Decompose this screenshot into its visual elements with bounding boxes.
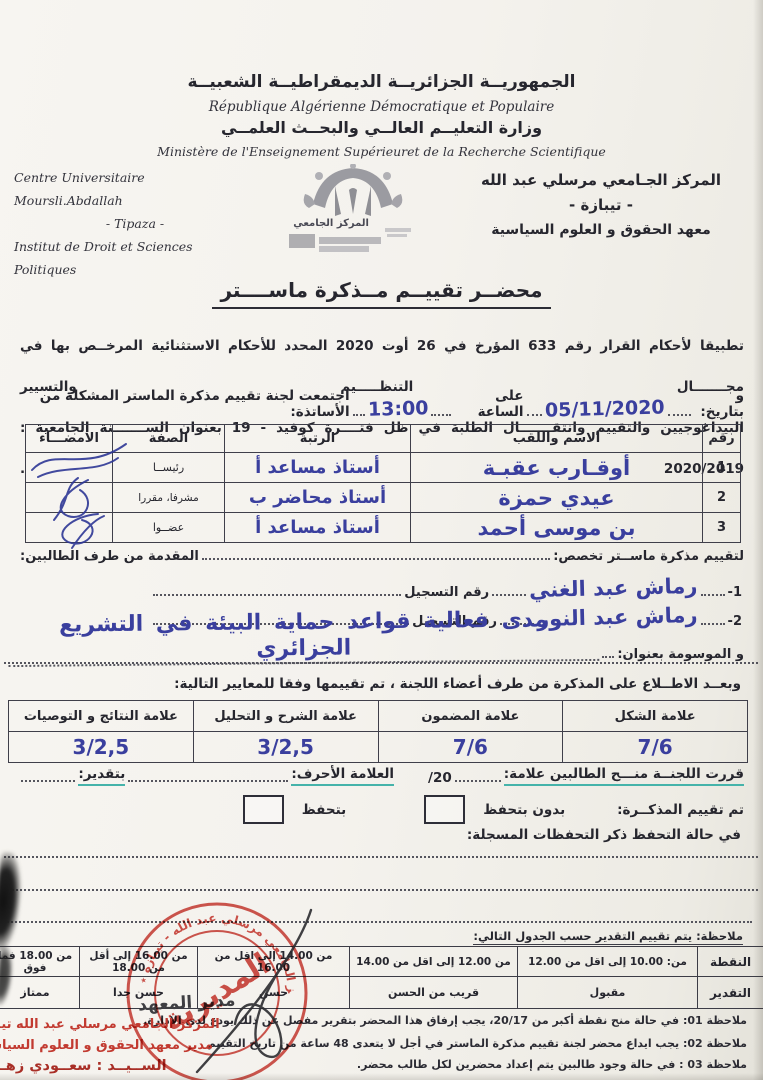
score-denominator: /20	[428, 770, 452, 786]
students-lead-right: لتقييم مذكرة ماســتر تخصص:	[553, 549, 744, 564]
letters-label: العلامة الأحرف:	[291, 766, 394, 786]
thesis-title-handwritten: مدى فعالية قواعد حماية البيئة في التشريع…	[8, 607, 600, 667]
city-fr: - Tipaza -	[14, 212, 256, 235]
student-number: 1-	[728, 585, 742, 600]
scan-edge-shadow-bottom	[0, 1073, 763, 1080]
thesis-title-label: و الموسومة بعنوان:	[617, 647, 744, 662]
eval-label: تم تقييم المذكــرة:	[617, 802, 744, 818]
ministry-title-fr: Ministère de l'Enseignement Supérieuret …	[0, 144, 763, 159]
evaluation-mode-line: تم تقييم المذكــرة: بدون بتحفظ بتحفظ	[18, 795, 744, 824]
handwritten-date: 05/11/2020	[545, 396, 665, 421]
criteria-header: علامة الشكل	[563, 701, 748, 732]
institute-fr: Institut de Droit et Sciences Politiques	[14, 235, 256, 281]
grade-scale-table: النقطة من: 10.00 إلى اقل من 12.00 من 12.…	[0, 946, 763, 1009]
institution-block-fr: Centre Universitaire Moursli.Abdallah - …	[14, 166, 256, 281]
decision-line: قررت اللجنــة منـــح الطالبين علامة: /20…	[18, 766, 744, 786]
university-logo: المركز الجامعي	[283, 164, 423, 260]
ministry-title-ar: وزارة التعليــم العالــي والبحــث العلمـ…	[0, 118, 763, 137]
center-name-ar: المركز الجـامعي مرسلي عبد الله	[455, 168, 747, 193]
col-header-name: الاسم واللقب	[411, 425, 703, 453]
with-reservation-checkbox	[243, 795, 284, 824]
time-label: على الساعة	[454, 388, 524, 420]
criteria-mark-handwritten: 7/6	[378, 732, 563, 763]
page-title: محضــر تقييــم مــذكرة ماســــتر	[212, 278, 550, 309]
grant-label: قررت اللجنــة منـــح الطالبين علامة:	[504, 766, 744, 786]
students-lead-left: المقدمة من طرف الطالبين:	[20, 549, 199, 564]
scale-grade: مقبول	[518, 977, 698, 1009]
criteria-header: علامة المضمون	[378, 701, 563, 732]
member-name-handwritten: عيدي حمزة	[411, 483, 703, 513]
thesis-title-line: و الموسومة بعنوان: مدى فعالية قواعد حماي…	[8, 628, 744, 662]
logo-caption: المركز الجامعي	[293, 218, 369, 229]
republic-title-ar: الجمهوريــة الجزائريــة الديمقراطيــة ال…	[0, 72, 763, 92]
footnote-3: ملاحظة 03 : في حالة وجود طالبين يتم إعدا…	[357, 1058, 747, 1071]
republic-title-fr: République Algérienne Démocratique et Po…	[0, 99, 763, 115]
member-rank-handwritten: أستاذ محاضر ب	[225, 483, 411, 513]
meeting-date-line: و بتاريخ: 05/11/2020 على الساعة 13:00 اج…	[20, 390, 744, 420]
member-num: 3	[703, 513, 741, 543]
scale-grade: ممتاز	[0, 977, 80, 1009]
scanned-document-page: الجمهوريــة الجزائريــة الديمقراطيــة ال…	[0, 0, 763, 1080]
center-name-fr: Centre Universitaire Moursli.Abdallah	[14, 166, 256, 212]
criteria-lead: وبعــد الاطــلاع على المذكرة من طرف أعضا…	[174, 676, 741, 692]
grade-mention-label: بتقدير:	[78, 766, 125, 786]
dotted-rule	[4, 889, 758, 891]
col-header-rank: الرتبة	[225, 425, 411, 453]
scan-edge-shadow-right	[753, 0, 763, 1080]
student-row: 1- رماش عبد الغني رقم التسجيل	[150, 570, 742, 600]
pen-signature-icon	[175, 900, 335, 1080]
dotted-rule	[4, 856, 758, 858]
criteria-header: علامة النتائج و التوصيات	[9, 701, 194, 732]
scale-range: من: 10.00 إلى اقل من 12.00	[518, 947, 698, 977]
with-reservation-label: بتحفظ	[302, 802, 346, 818]
member-num: 1	[703, 453, 741, 483]
scan-smudge-artifact	[0, 851, 25, 953]
doc-title-wrap: محضــر تقييــم مــذكرة ماســــتر	[0, 278, 763, 302]
criteria-mark-handwritten: 7/6	[563, 732, 748, 763]
registration-label: رقم التسجيل	[404, 585, 489, 600]
dotted-rule	[4, 921, 752, 923]
member-num: 2	[703, 483, 741, 513]
student-name-handwritten: رماش عبد الغني	[529, 574, 698, 602]
criteria-header: علامة الشرح و التحليل	[193, 701, 378, 732]
member-rank-handwritten: أستاذ مساعد أ	[225, 513, 411, 543]
student-number: 2-	[728, 614, 742, 629]
institute-ar: معهد الحقوق و العلوم السياسية	[455, 218, 747, 243]
grade-scale-note: ملاحظة: يتم تقييم التقدير حسب الجدول الت…	[473, 929, 743, 945]
no-reservation-checkbox	[424, 795, 465, 824]
scale-grade: قريب من الحسن	[350, 977, 518, 1009]
member-name-handwritten: بن موسى أحمد	[411, 513, 703, 543]
dotted-rule	[4, 662, 758, 664]
meeting-tail-label: اجتمعت لجنة تقييم مذكرة الماستر المشكلة …	[20, 388, 350, 420]
students-lead-line: لتقييم مذكرة ماســتر تخصص: المقدمة من طر…	[20, 549, 744, 564]
svg-text:٭: ٭	[142, 1016, 150, 1032]
member-rank-handwritten: أستاذ مساعد أ	[225, 453, 411, 483]
col-header-num: رقم	[703, 425, 741, 453]
criteria-table: علامة الشكل علامة المضمون علامة الشرح و …	[8, 700, 748, 763]
signatures-icon	[24, 430, 136, 550]
no-reservation-label: بدون بتحفظ	[483, 802, 565, 818]
member-name-handwritten: أوقـارب عقبـة	[411, 453, 703, 483]
date-label: و بتاريخ:	[694, 388, 744, 420]
institution-block-ar: المركز الجـامعي مرسلي عبد الله - تيبازة …	[455, 168, 747, 243]
handwritten-time: 13:00	[368, 397, 429, 421]
scale-range: من 12.00 إلى اقل من 14.00	[350, 947, 518, 977]
criteria-mark-handwritten: 3/2,5	[193, 732, 378, 763]
criteria-mark-handwritten: 3/2,5	[9, 732, 194, 763]
reservation-note-label: في حالة التحفظ ذكر التحفظات المسجلة:	[467, 827, 741, 843]
city-ar: - تيبازة -	[455, 193, 747, 218]
